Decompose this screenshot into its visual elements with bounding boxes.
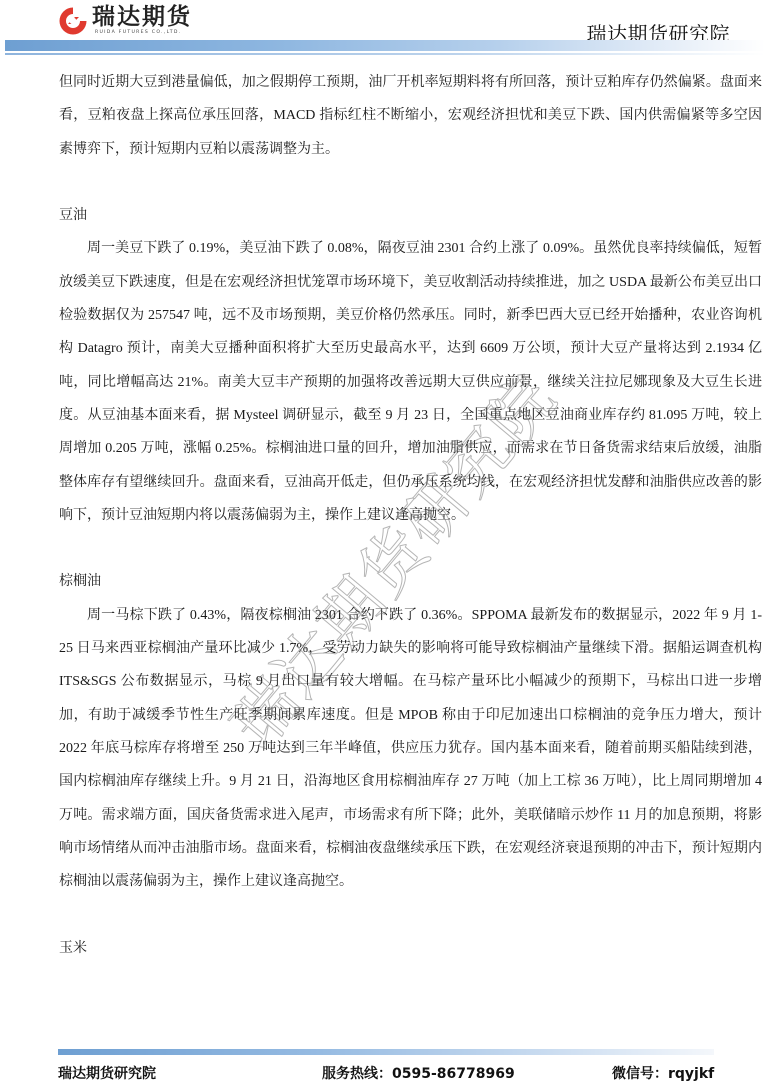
section-spacer — [59, 166, 762, 199]
header-gradient-bar — [5, 40, 765, 51]
section-body-soybean-oil: 周一美豆下跌了 0.19%，美豆油下跌了 0.08%，隔夜豆油 2301 合约上… — [59, 232, 762, 532]
section-title-corn: 玉米 — [59, 932, 762, 965]
footer-wechat: 微信号：rqyjkf — [612, 1063, 714, 1083]
logo-english-name: RUIDA FUTURES CO.,LTD. — [95, 30, 192, 36]
intro-paragraph: 但同时近期大豆到港量偏低，加之假期停工预期，油厂开机率短期料将有所回落，预计豆粕… — [59, 66, 762, 166]
company-logo: 瑞达期货 RUIDA FUTURES CO.,LTD. — [58, 4, 192, 40]
section-title-palm-oil: 棕榈油 — [59, 565, 762, 598]
page-footer: 瑞达期货研究院 服务热线：0595-86778969 微信号：rqyjkf — [58, 1063, 722, 1085]
footer-org-name: 瑞达期货研究院 — [58, 1063, 156, 1083]
footer-wechat-id: rqyjkf — [668, 1066, 714, 1082]
footer-hotline-label: 服务热线： — [322, 1066, 392, 1082]
header-divider — [5, 53, 765, 55]
footer-gradient-bar — [58, 1049, 714, 1055]
page-header: 瑞达期货 RUIDA FUTURES CO.,LTD. 瑞达期货研究院 — [0, 0, 770, 60]
section-title-soybean-oil: 豆油 — [59, 199, 762, 232]
footer-wechat-label: 微信号： — [612, 1066, 668, 1082]
footer-hotline-number: 0595-86778969 — [392, 1066, 515, 1082]
document-body: 但同时近期大豆到港量偏低，加之假期停工预期，油厂开机率短期料将有所回落，预计豆粕… — [59, 66, 762, 965]
footer-hotline: 服务热线：0595-86778969 — [322, 1063, 515, 1083]
ruida-swirl-logo-icon — [58, 6, 88, 36]
section-spacer — [59, 898, 762, 931]
section-body-palm-oil: 周一马棕下跌了 0.43%，隔夜棕榈油 2301 合约下跌了 0.36%。SPP… — [59, 599, 762, 899]
logo-chinese-name: 瑞达期货 — [92, 4, 192, 30]
section-spacer — [59, 532, 762, 565]
